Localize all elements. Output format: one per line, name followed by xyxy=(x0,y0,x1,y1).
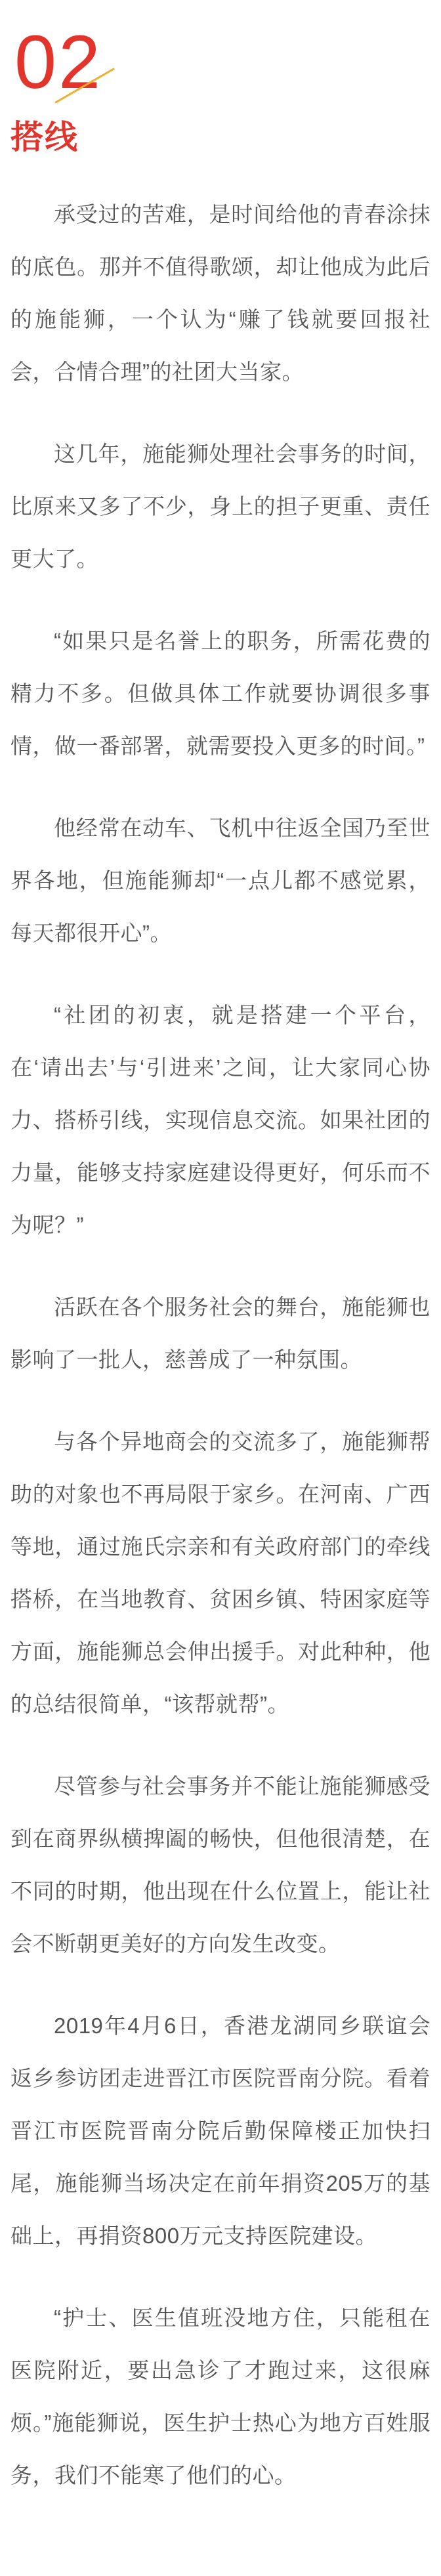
section-title: 搭线 xyxy=(10,120,430,155)
section-header: 02 搭线 xyxy=(0,0,441,188)
article-paragraph: 承受过的苦难，是时间给他的青春涂抹的底色。那并不值得歌颂，却让他成为此后的施能狮… xyxy=(10,188,430,398)
article-paragraph: “护士、医生值班没地方住，只能租在医院附近，要出急诊了才跑过来，这很麻烦。”施能… xyxy=(10,2292,430,2502)
article-paragraph: “如果只是名誉上的职务，所需花费的精力不多。但做具体工作就要协调很多事情，做一番… xyxy=(10,615,430,772)
section-number: 02 xyxy=(14,25,102,100)
article-body: 承受过的苦难，是时间给他的青春涂抹的底色。那并不值得歌颂，却让他成为此后的施能狮… xyxy=(0,188,441,2502)
article-paragraph: 他经常在动车、飞机中往返全国乃至世界各地，但施能狮却“一点儿都不感觉累，每天都很… xyxy=(10,802,430,960)
article-paragraph: 尽管参与社会事务并不能让施能狮感受到在商界纵横捭阖的畅快，但他很清楚，在不同的时… xyxy=(10,1760,430,1970)
article-paragraph: “社团的初衷，就是搭建一个平台，在‘请出去’与‘引进来’之间，让大家同心协力、搭… xyxy=(10,989,430,1252)
article-paragraph: 与各个异地商会的交流多了，施能狮帮助的对象也不再局限于家乡。在河南、广西等地，通… xyxy=(10,1416,430,1731)
article-paragraph: 2019年4月6日，香港龙湖同乡联谊会返乡参访团走进晋江市医院晋南分院。看着晋江… xyxy=(10,2000,430,2262)
article-paragraph: 这几年，施能狮处理社会事务的时间，比原来又多了不少，身上的担子更重、责任更大了。 xyxy=(10,428,430,585)
article-paragraph: 活跃在各个服务社会的舞台，施能狮也影响了一批人，慈善成了一种氛围。 xyxy=(10,1281,430,1386)
article-page: 02 搭线 承受过的苦难，是时间给他的青春涂抹的底色。那并不值得歌颂，却让他成为… xyxy=(0,0,441,2576)
